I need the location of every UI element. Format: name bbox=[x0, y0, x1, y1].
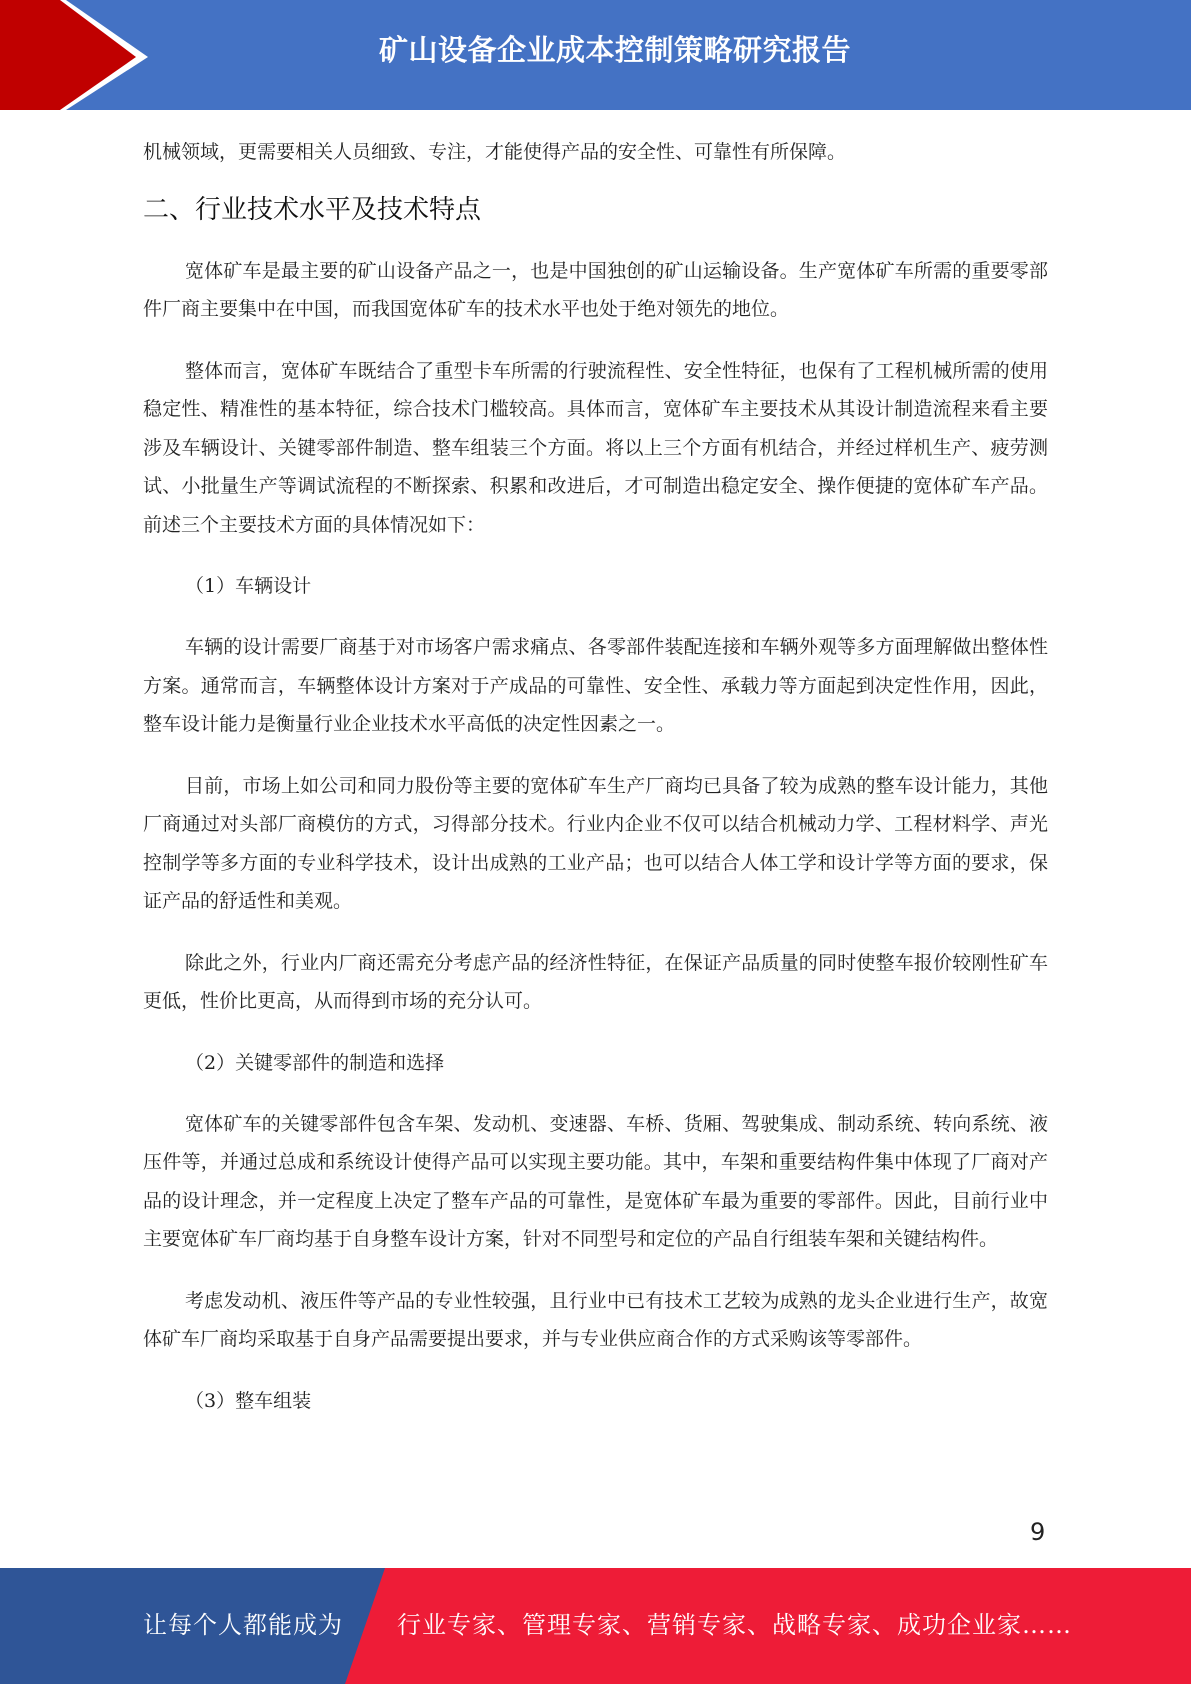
paragraph: 除此之外，行业内厂商还需充分考虑产品的经济性特征，在保证产品质量的同时使整车报价… bbox=[143, 944, 1048, 1021]
document-body: 机械领域，更需要相关人员细致、专注，才能使得产品的安全性、可靠性有所保障。 二、… bbox=[143, 133, 1048, 1420]
paragraph-continuation: 机械领域，更需要相关人员细致、专注，才能使得产品的安全性、可靠性有所保障。 bbox=[143, 133, 1048, 172]
subsection-title: （3）整车组装 bbox=[143, 1382, 1048, 1420]
paragraph: 目前，市场上如公司和同力股份等主要的宽体矿车生产厂商均已具备了较为成熟的整车设计… bbox=[143, 767, 1048, 921]
paragraph: 考虑发动机、液压件等产品的专业性较强，且行业中已有技术工艺较为成熟的龙头企业进行… bbox=[143, 1282, 1048, 1359]
paragraph: 整体而言，宽体矿车既结合了重型卡车所需的行驶流程性、安全性特征，也保有了工程机械… bbox=[143, 352, 1048, 545]
footer-slogan-left: 让每个人都能成为 bbox=[143, 1605, 343, 1645]
page-number: 9 bbox=[1030, 1518, 1045, 1546]
subsection-title: （2）关键零部件的制造和选择 bbox=[143, 1044, 1048, 1082]
document-title: 矿山设备企业成本控制策略研究报告 bbox=[355, 28, 875, 72]
section-heading: 二、行业技术水平及技术特点 bbox=[143, 190, 1048, 230]
footer-slogan-right: 行业专家、管理专家、营销专家、战略专家、成功企业家…… bbox=[397, 1605, 1072, 1645]
page-header: 矿山设备企业成本控制策略研究报告 bbox=[0, 0, 1191, 110]
page-footer: 让每个人都能成为 行业专家、管理专家、营销专家、战略专家、成功企业家…… bbox=[0, 1568, 1191, 1684]
paragraph: 宽体矿车的关键零部件包含车架、发动机、变速器、车桥、货厢、驾驶集成、制动系统、转… bbox=[143, 1105, 1048, 1259]
chevron-arrow-icon bbox=[0, 0, 160, 110]
paragraph: 宽体矿车是最主要的矿山设备产品之一，也是中国独创的矿山运输设备。生产宽体矿车所需… bbox=[143, 252, 1048, 329]
paragraph: 车辆的设计需要厂商基于对市场客户需求痛点、各零部件装配连接和车辆外观等多方面理解… bbox=[143, 628, 1048, 744]
subsection-title: （1）车辆设计 bbox=[143, 567, 1048, 605]
